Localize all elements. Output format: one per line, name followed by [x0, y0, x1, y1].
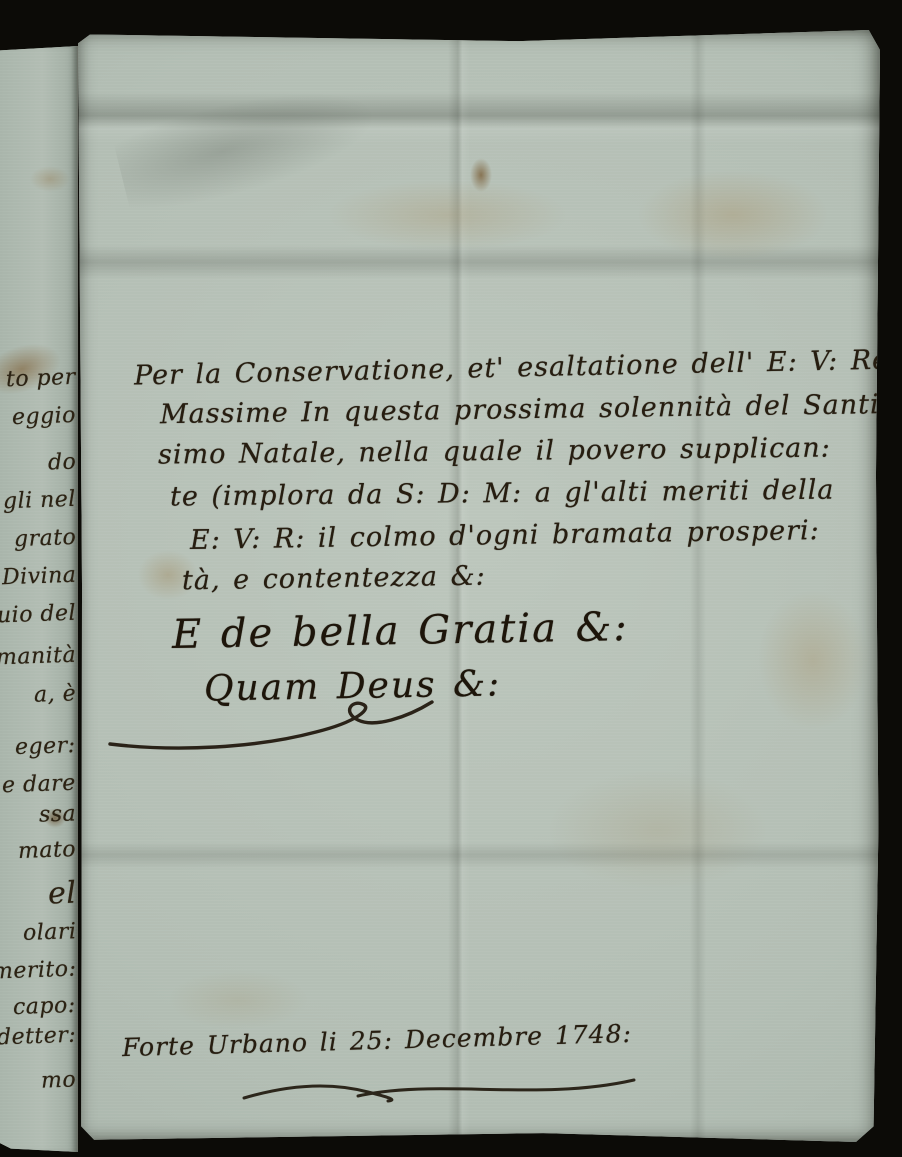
manuscript-page: Per la Conservatione, et' esaltatione de… [78, 30, 880, 1142]
dateline: Forte Urbano li 25: Decembre 1748: [122, 1019, 633, 1062]
fold-crease-horizontal [78, 92, 880, 144]
flourish-swash [238, 1072, 638, 1106]
margin-fragment: merito: [0, 957, 76, 985]
stain [548, 770, 768, 890]
margin-fragment: detter: [0, 1023, 76, 1051]
manuscript-line-5: E: V: R: il colmo d'ogni bramata prosper… [190, 515, 820, 556]
wrinkle [104, 41, 393, 249]
margin-fragment: gli nel [3, 487, 77, 515]
manuscript-line-7: E de bella Gratia &: [172, 604, 629, 658]
manuscript-line-1: Per la Conservatione, et' esaltatione de… [134, 344, 880, 392]
margin-fragment: el [47, 876, 77, 912]
scanned-manuscript: to per eggio do gli nel grato Divina uio… [0, 0, 902, 1157]
manuscript-line-4: te (implora da S: D: M: a gl'alti meriti… [170, 475, 835, 513]
margin-fragment: ssa [38, 801, 76, 827]
stain [470, 158, 492, 192]
stain [328, 180, 568, 250]
margin-fragment: capo: [13, 993, 77, 1020]
margin-fragment: olari [22, 919, 76, 946]
stain [168, 970, 308, 1030]
margin-fragment: uio del [0, 601, 76, 629]
manuscript-line-3: simo Natale, nella quale il povero suppl… [158, 432, 831, 470]
facing-page-edge: to per eggio do gli nel grato Divina uio… [0, 46, 78, 1152]
margin-fragment: do [47, 450, 76, 476]
fold-crease-horizontal [78, 842, 880, 868]
fold-crease-horizontal [78, 245, 880, 279]
fold-crease-vertical [690, 30, 706, 1142]
manuscript-line-8: Quam Deus &: [204, 663, 502, 709]
stain [30, 166, 70, 192]
margin-fragment: a, è [33, 681, 76, 707]
margin-fragment: eger: [15, 733, 76, 760]
manuscript-line-2: Massime In questa prossima solennità del… [160, 389, 880, 430]
manuscript-line-6: tà, e contentezza &: [182, 561, 486, 597]
stain [758, 590, 868, 730]
margin-fragment: manità [0, 643, 76, 671]
margin-fragment: to per [6, 365, 77, 392]
line-text: Per la Conservatione, et' esaltatione de… [134, 344, 880, 391]
margin-fragment: mato [18, 837, 77, 864]
margin-fragment: eggio [12, 403, 77, 430]
margin-fragment: grato [13, 525, 76, 552]
stain [638, 170, 828, 260]
margin-fragment: e dare [2, 771, 77, 799]
margin-fragment: Divina [1, 563, 76, 591]
margin-fragment: mo [40, 1067, 76, 1093]
